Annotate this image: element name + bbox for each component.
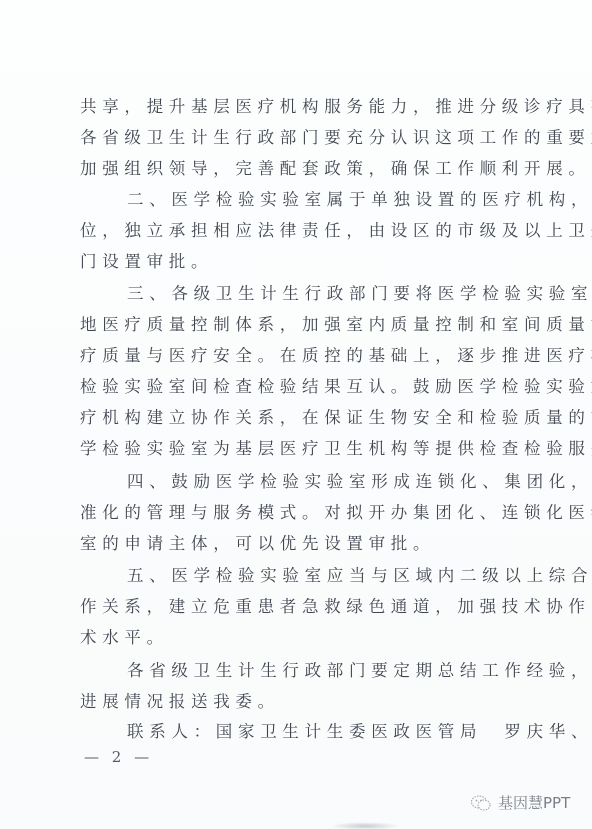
text-line: 作关系，建立危重患者急救绿色通道，加强技术协作，不断提升技: [80, 597, 526, 617]
text-line: 各省级卫生计生行政部门要充分认识这项工作的重要意义，切实: [80, 128, 526, 148]
text-line: 检验实验室间检查检验结果互认。鼓励医学检验实验室和其他医: [80, 377, 526, 397]
page-number: — 2 —: [84, 748, 153, 766]
text-line: 疗机构建立协作关系，在保证生物安全和检验质量的前提下，由医: [80, 408, 526, 428]
text-line: 准化的管理与服务模式。对拟开办集团化、连锁化医学检验实验: [80, 503, 526, 523]
text-line: 共享，提升基层医疗机构服务能力，推进分级诊疗具有重要作用。: [80, 97, 526, 117]
text-line: 位，独立承担相应法律责任，由设区的市级及以上卫生计生行政部: [80, 221, 526, 241]
text-line: 进展情况报送我委。: [80, 692, 526, 712]
text-line: 门设置审批。: [80, 252, 526, 272]
text-line: 学检验实验室为基层医疗卫生机构等提供检查检验服务。: [80, 439, 526, 459]
paragraph-3-start: 三、各级卫生计生行政部门要将医学检验实验室统一纳入当: [127, 284, 526, 304]
contact-line: 联系人：国家卫生计生委医政医管局 罗庆华、胡瑞荣、王毅: [127, 722, 526, 742]
text-line: 地医疗质量控制体系，加强室内质量控制和室间质量评价，确保医: [80, 315, 526, 335]
text-line: 疗质量与医疗安全。在质控的基础上，逐步推进医疗机构与医学: [80, 346, 526, 366]
wechat-icon: [470, 794, 492, 812]
watermark: 基因慧PPT: [470, 792, 570, 813]
scan-artifact: [330, 822, 400, 829]
watermark-label: 基因慧PPT: [498, 792, 570, 813]
text-line: 加强组织领导，完善配套政策，确保工作顺利开展。: [80, 159, 526, 179]
document-page: 共享，提升基层医疗机构服务能力，推进分级诊疗具有重要作用。 各省级卫生计生行政部…: [0, 0, 592, 829]
paragraph-2-start: 二、医学检验实验室属于单独设置的医疗机构，为独立法人单: [127, 190, 526, 210]
text-line: 室的申请主体，可以优先设置审批。: [80, 534, 526, 554]
paragraph-5-start: 五、医学检验实验室应当与区域内二级以上综合医院建立协: [127, 566, 526, 586]
text-line: 术水平。: [80, 628, 526, 648]
paragraph-6-start: 各省级卫生计生行政部门要定期总结工作经验，及时将工作: [127, 661, 526, 681]
paragraph-4-start: 四、鼓励医学检验实验室形成连锁化、集团化，建立规范化、标: [127, 472, 526, 492]
